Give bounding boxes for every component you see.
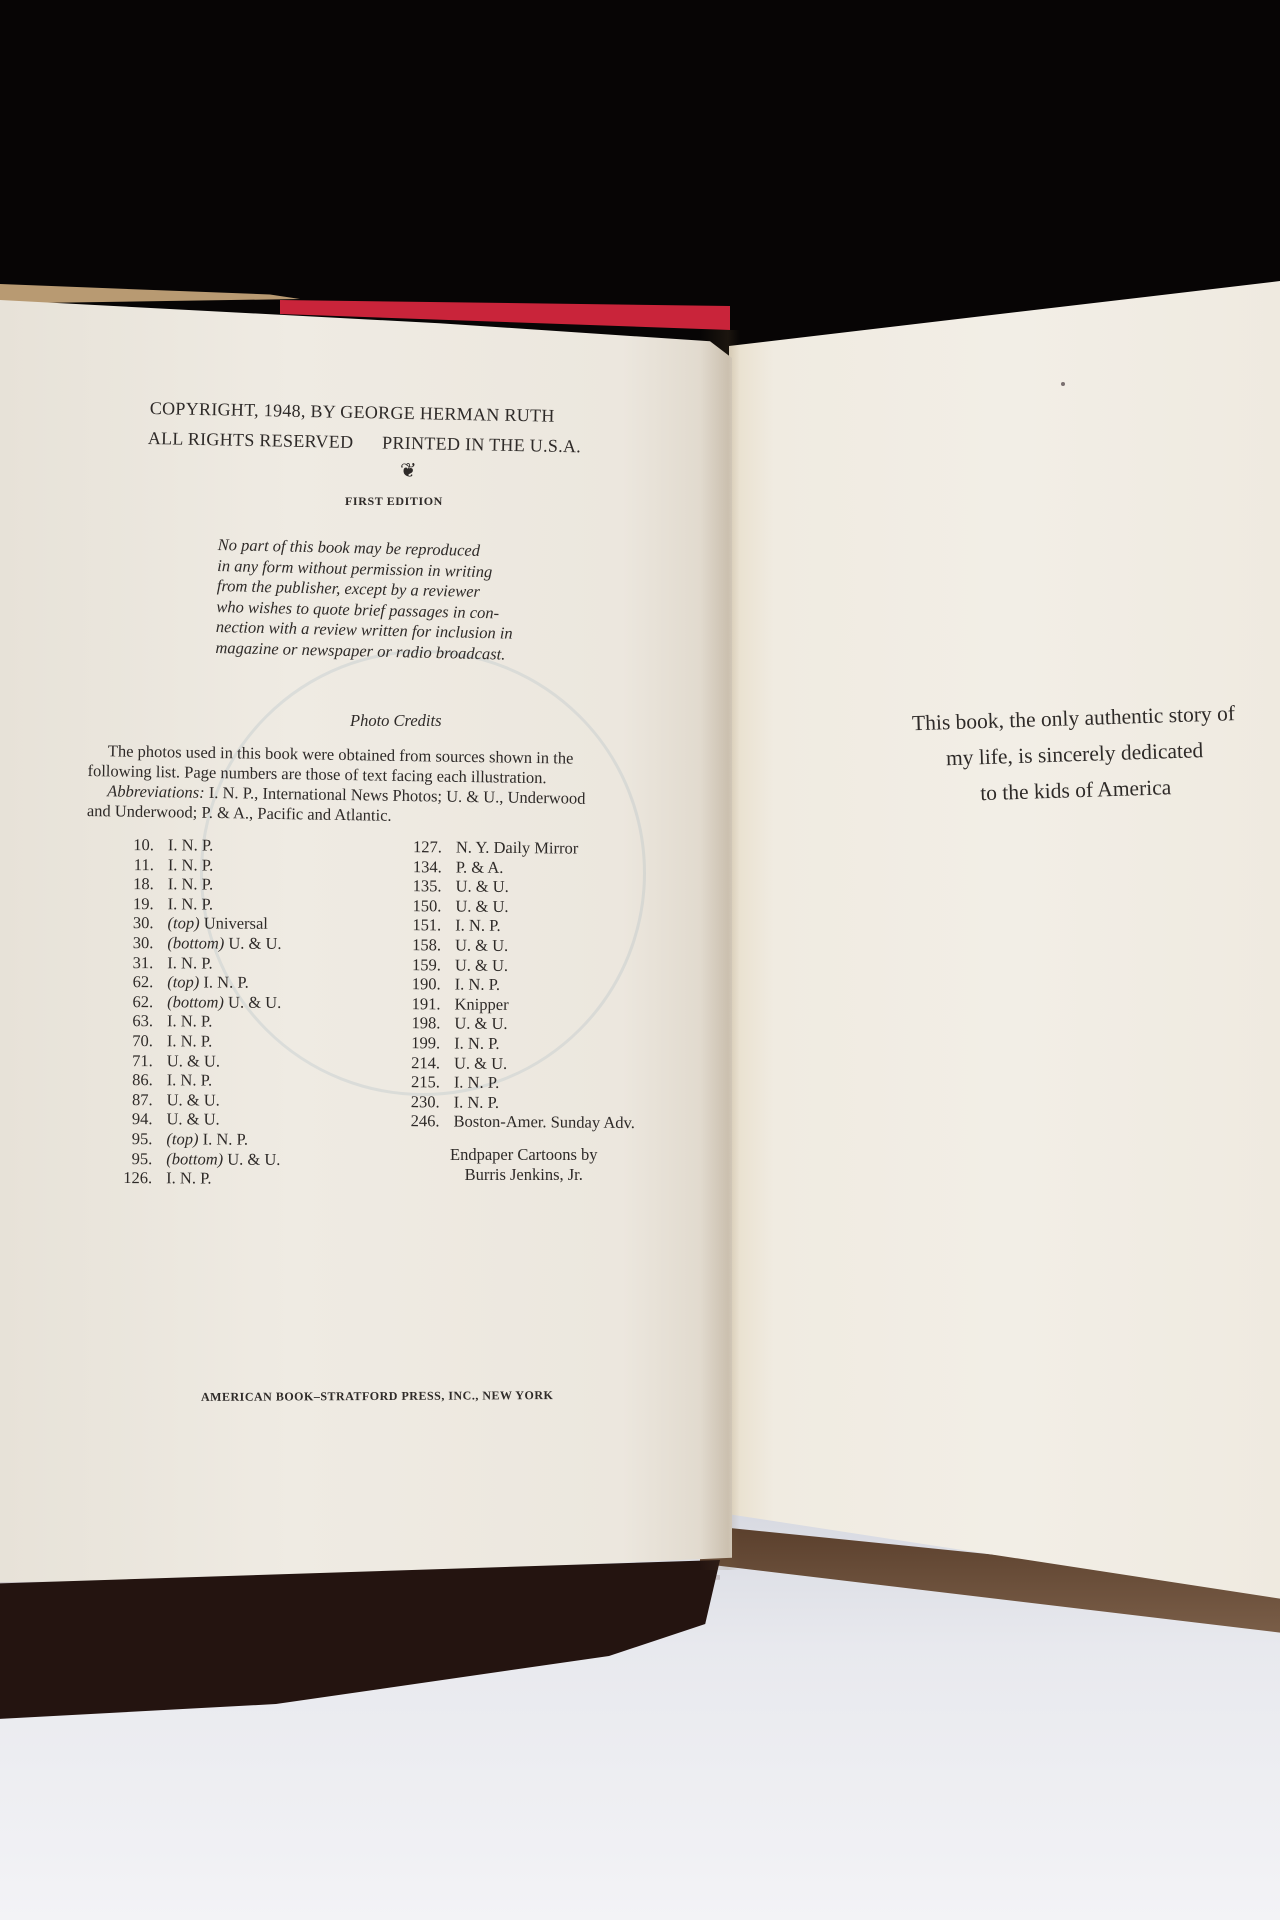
credit-source-name: I. N. P. <box>168 855 213 874</box>
credit-row: 31.I. N. P. <box>113 953 281 973</box>
credit-source: I. N. P. <box>166 1168 211 1188</box>
credit-page-number: 135. <box>397 876 441 896</box>
credit-row: 30.(top) Universal <box>113 913 281 933</box>
credit-row: 214.U. & U. <box>396 1053 636 1075</box>
credit-row: 62.(bottom) U. & U. <box>113 992 281 1012</box>
credit-source: U. & U. <box>455 955 508 975</box>
credit-page-number: 62. <box>113 972 153 992</box>
credit-source-name: I. N. P. <box>166 1168 211 1187</box>
printed-in: PRINTED IN THE U.S.A. <box>382 433 581 457</box>
credit-page-number: 19. <box>114 894 154 914</box>
credit-row: 158.U. & U. <box>397 935 637 957</box>
right-page <box>729 280 1280 1600</box>
credit-qualifier: (bottom) <box>167 992 224 1011</box>
credit-page-number: 127. <box>398 837 442 857</box>
credit-page-number: 246. <box>395 1111 439 1131</box>
credit-source-name: I. N. P. <box>168 874 213 893</box>
credit-page-number: 95. <box>112 1129 152 1149</box>
credit-row: 11.I. N. P. <box>114 855 282 875</box>
credit-page-number: 126. <box>112 1168 152 1188</box>
credit-page-number: 215. <box>396 1072 440 1092</box>
photo-credits-heading: Photo Credits <box>350 711 442 731</box>
credit-source: I. N. P. <box>454 1092 500 1112</box>
credit-row: 63.I. N. P. <box>113 1011 281 1031</box>
credit-page-number: 11. <box>114 855 154 875</box>
credit-source: P. & A. <box>456 857 504 877</box>
credit-page-number: 30. <box>113 913 153 933</box>
credit-row: 95.(bottom) U. & U. <box>112 1148 280 1168</box>
first-edition-label: FIRST EDITION <box>345 494 443 509</box>
credit-source: U. & U. <box>167 1090 220 1110</box>
credit-source: I. N. P. <box>167 953 212 973</box>
endpaper-line: Burris Jenkins, Jr. <box>450 1165 598 1185</box>
credit-row: 246.Boston-Amer. Sunday Adv. <box>395 1111 635 1133</box>
credit-row: 127.N. Y. Daily Mirror <box>398 837 638 859</box>
credit-row: 151.I. N. P. <box>397 915 637 937</box>
credit-source-name: I. N. P. <box>454 1092 500 1111</box>
credit-page-number: 94. <box>112 1109 152 1129</box>
credit-source-name: U. & U. <box>455 935 508 954</box>
credit-qualifier: (bottom) <box>167 933 224 952</box>
credit-source-name: U. & U. <box>455 877 508 896</box>
credit-source-name: I. N. P. <box>455 916 501 935</box>
credit-row: 199.I. N. P. <box>396 1033 636 1055</box>
photo-credits-intro: The photos used in this book were obtain… <box>87 741 708 831</box>
credit-row: 62.(top) I. N. P. <box>113 972 281 992</box>
credit-source: U. & U. <box>455 877 508 897</box>
credit-source: I. N. P. <box>167 1031 212 1051</box>
credit-source: U. & U. <box>167 1051 220 1071</box>
credit-row: 95.(top) I. N. P. <box>112 1129 280 1149</box>
credit-source: U. & U. <box>454 1014 507 1034</box>
credit-row: 94.U. & U. <box>112 1109 280 1129</box>
credit-page-number: 159. <box>397 955 441 975</box>
credit-page-number: 199. <box>396 1033 440 1053</box>
credit-source-name: U. & U. <box>228 992 281 1011</box>
credit-source-name: U. & U. <box>227 1149 280 1168</box>
credit-source-name: I. N. P. <box>203 1129 248 1148</box>
credit-row: 71.U. & U. <box>113 1051 281 1071</box>
credit-source: I. N. P. <box>168 855 213 875</box>
credit-page-number: 18. <box>114 874 154 894</box>
credit-source-name: P. & A. <box>456 857 504 876</box>
credit-row: 191.Knipper <box>396 994 636 1016</box>
credit-source-name: U. & U. <box>228 934 281 953</box>
credit-page-number: 230. <box>396 1092 440 1112</box>
credit-page-number: 198. <box>396 1013 440 1033</box>
credit-row: 87.U. & U. <box>113 1090 281 1110</box>
credit-source: I. N. P. <box>167 1012 212 1032</box>
credit-page-number: 150. <box>397 896 441 916</box>
credit-source-name: I. N. P. <box>167 1012 212 1031</box>
credit-source: I. N. P. <box>455 975 501 995</box>
credit-source: I. N. P. <box>454 1073 500 1093</box>
credit-page-number: 31. <box>113 953 153 973</box>
credit-source-name: I. N. P. <box>168 894 213 913</box>
credit-page-number: 70. <box>113 1031 153 1051</box>
credit-source: (top) I. N. P. <box>166 1129 248 1149</box>
credit-page-number: 158. <box>397 935 441 955</box>
credit-source: (bottom) U. & U. <box>167 933 281 953</box>
credit-page-number: 62. <box>113 992 153 1012</box>
dedication: This book, the only authentic story of m… <box>858 693 1280 814</box>
credit-page-number: 10. <box>114 835 154 855</box>
credit-page-number: 134. <box>398 857 442 877</box>
credit-source-name: I. N. P. <box>167 1031 212 1050</box>
credit-source-name: I. N. P. <box>454 1073 500 1092</box>
rights-reserved: ALL RIGHTS RESERVED <box>148 428 354 452</box>
credit-row: 198.U. & U. <box>396 1013 636 1035</box>
credit-row: 190.I. N. P. <box>397 974 637 996</box>
book-gutter <box>700 330 740 1570</box>
credit-source: I. N. P. <box>168 894 213 914</box>
credits-list-right: 127.N. Y. Daily Mirror134.P. & A.135.U. … <box>395 837 637 1133</box>
credit-source: I. N. P. <box>455 916 501 936</box>
credit-row: 126.I. N. P. <box>112 1168 280 1188</box>
credit-row: 135.U. & U. <box>397 876 637 898</box>
credit-source-name: I. N. P. <box>454 1033 500 1052</box>
credit-qualifier: (top) <box>167 972 199 991</box>
credit-row: 10.I. N. P. <box>114 835 282 855</box>
credit-source-name: Boston-Amer. Sunday Adv. <box>453 1112 635 1133</box>
credit-page-number: 151. <box>397 915 441 935</box>
credit-source-name: U. & U. <box>455 955 508 974</box>
credit-page-number: 87. <box>113 1090 153 1110</box>
credit-source: (bottom) U. & U. <box>166 1149 280 1169</box>
credit-source-name: I. N. P. <box>168 835 213 854</box>
printer-imprint: AMERICAN BOOK–STRATFORD PRESS, INC., NEW… <box>201 1388 553 1405</box>
paper-speck <box>1061 382 1065 386</box>
credit-page-number: 63. <box>113 1011 153 1031</box>
credit-source-name: I. N. P. <box>167 1070 212 1089</box>
credit-source: Knipper <box>454 994 508 1014</box>
credit-source-name: U. & U. <box>454 1053 507 1072</box>
credit-source: Boston-Amer. Sunday Adv. <box>453 1112 635 1133</box>
credit-source: I. N. P. <box>168 874 213 894</box>
credit-source: (top) Universal <box>167 914 267 934</box>
credit-source: U. & U. <box>166 1110 219 1130</box>
credit-page-number: 191. <box>396 994 440 1014</box>
credit-source: (top) I. N. P. <box>167 972 249 992</box>
credit-source-name: U. & U. <box>166 1110 219 1129</box>
credit-page-number: 214. <box>396 1053 440 1073</box>
credit-source: N. Y. Daily Mirror <box>456 838 579 859</box>
credit-source-name: I. N. P. <box>203 973 248 992</box>
endpaper-line: Endpaper Cartoons by <box>450 1145 598 1165</box>
credit-qualifier: (top) <box>167 914 199 933</box>
credit-row: 70.I. N. P. <box>113 1031 281 1051</box>
credit-source: U. & U. <box>455 896 508 916</box>
credit-qualifier: (bottom) <box>166 1149 223 1168</box>
credit-source-name: Universal <box>204 914 268 933</box>
credit-page-number: 190. <box>397 974 441 994</box>
credit-source-name: N. Y. Daily Mirror <box>456 838 579 858</box>
credit-source: U. & U. <box>454 1053 507 1073</box>
credit-source-name: I. N. P. <box>167 953 212 972</box>
credit-row: 18.I. N. P. <box>114 874 282 894</box>
credit-row: 86.I. N. P. <box>113 1070 281 1090</box>
credit-row: 215.I. N. P. <box>396 1072 636 1094</box>
credit-row: 230.I. N. P. <box>396 1092 636 1114</box>
credit-row: 150.U. & U. <box>397 896 637 918</box>
credit-qualifier: (top) <box>166 1129 198 1148</box>
credit-source: (bottom) U. & U. <box>167 992 281 1012</box>
reproduction-notice: No part of this book may be reproduced i… <box>215 535 598 667</box>
credit-row: 19.I. N. P. <box>114 894 282 914</box>
credit-source: I. N. P. <box>168 835 213 855</box>
credit-source-name: I. N. P. <box>455 975 501 994</box>
credit-page-number: 95. <box>112 1148 152 1168</box>
credit-row: 30.(bottom) U. & U. <box>113 933 281 953</box>
endpaper-credit: Endpaper Cartoons by Burris Jenkins, Jr. <box>450 1145 598 1185</box>
credit-source-name: U. & U. <box>167 1051 220 1070</box>
credit-source-name: U. & U. <box>455 896 508 915</box>
credit-source-name: U. & U. <box>454 1014 507 1033</box>
credit-source-name: U. & U. <box>167 1090 220 1109</box>
credit-source: I. N. P. <box>167 1070 212 1090</box>
abbreviations-label: Abbreviations: <box>107 781 205 802</box>
credit-page-number: 86. <box>113 1070 153 1090</box>
credit-source-name: Knipper <box>454 994 508 1013</box>
credit-row: 134.P. & A. <box>398 857 638 879</box>
credit-page-number: 71. <box>113 1051 153 1071</box>
credit-source: U. & U. <box>455 935 508 955</box>
credit-source: I. N. P. <box>454 1033 500 1053</box>
credit-row: 159.U. & U. <box>397 955 637 977</box>
ornament-icon: ❦ <box>400 458 417 483</box>
credits-list-left: 10.I. N. P.11.I. N. P.18.I. N. P.19.I. N… <box>112 835 282 1189</box>
credit-page-number: 30. <box>113 933 153 953</box>
